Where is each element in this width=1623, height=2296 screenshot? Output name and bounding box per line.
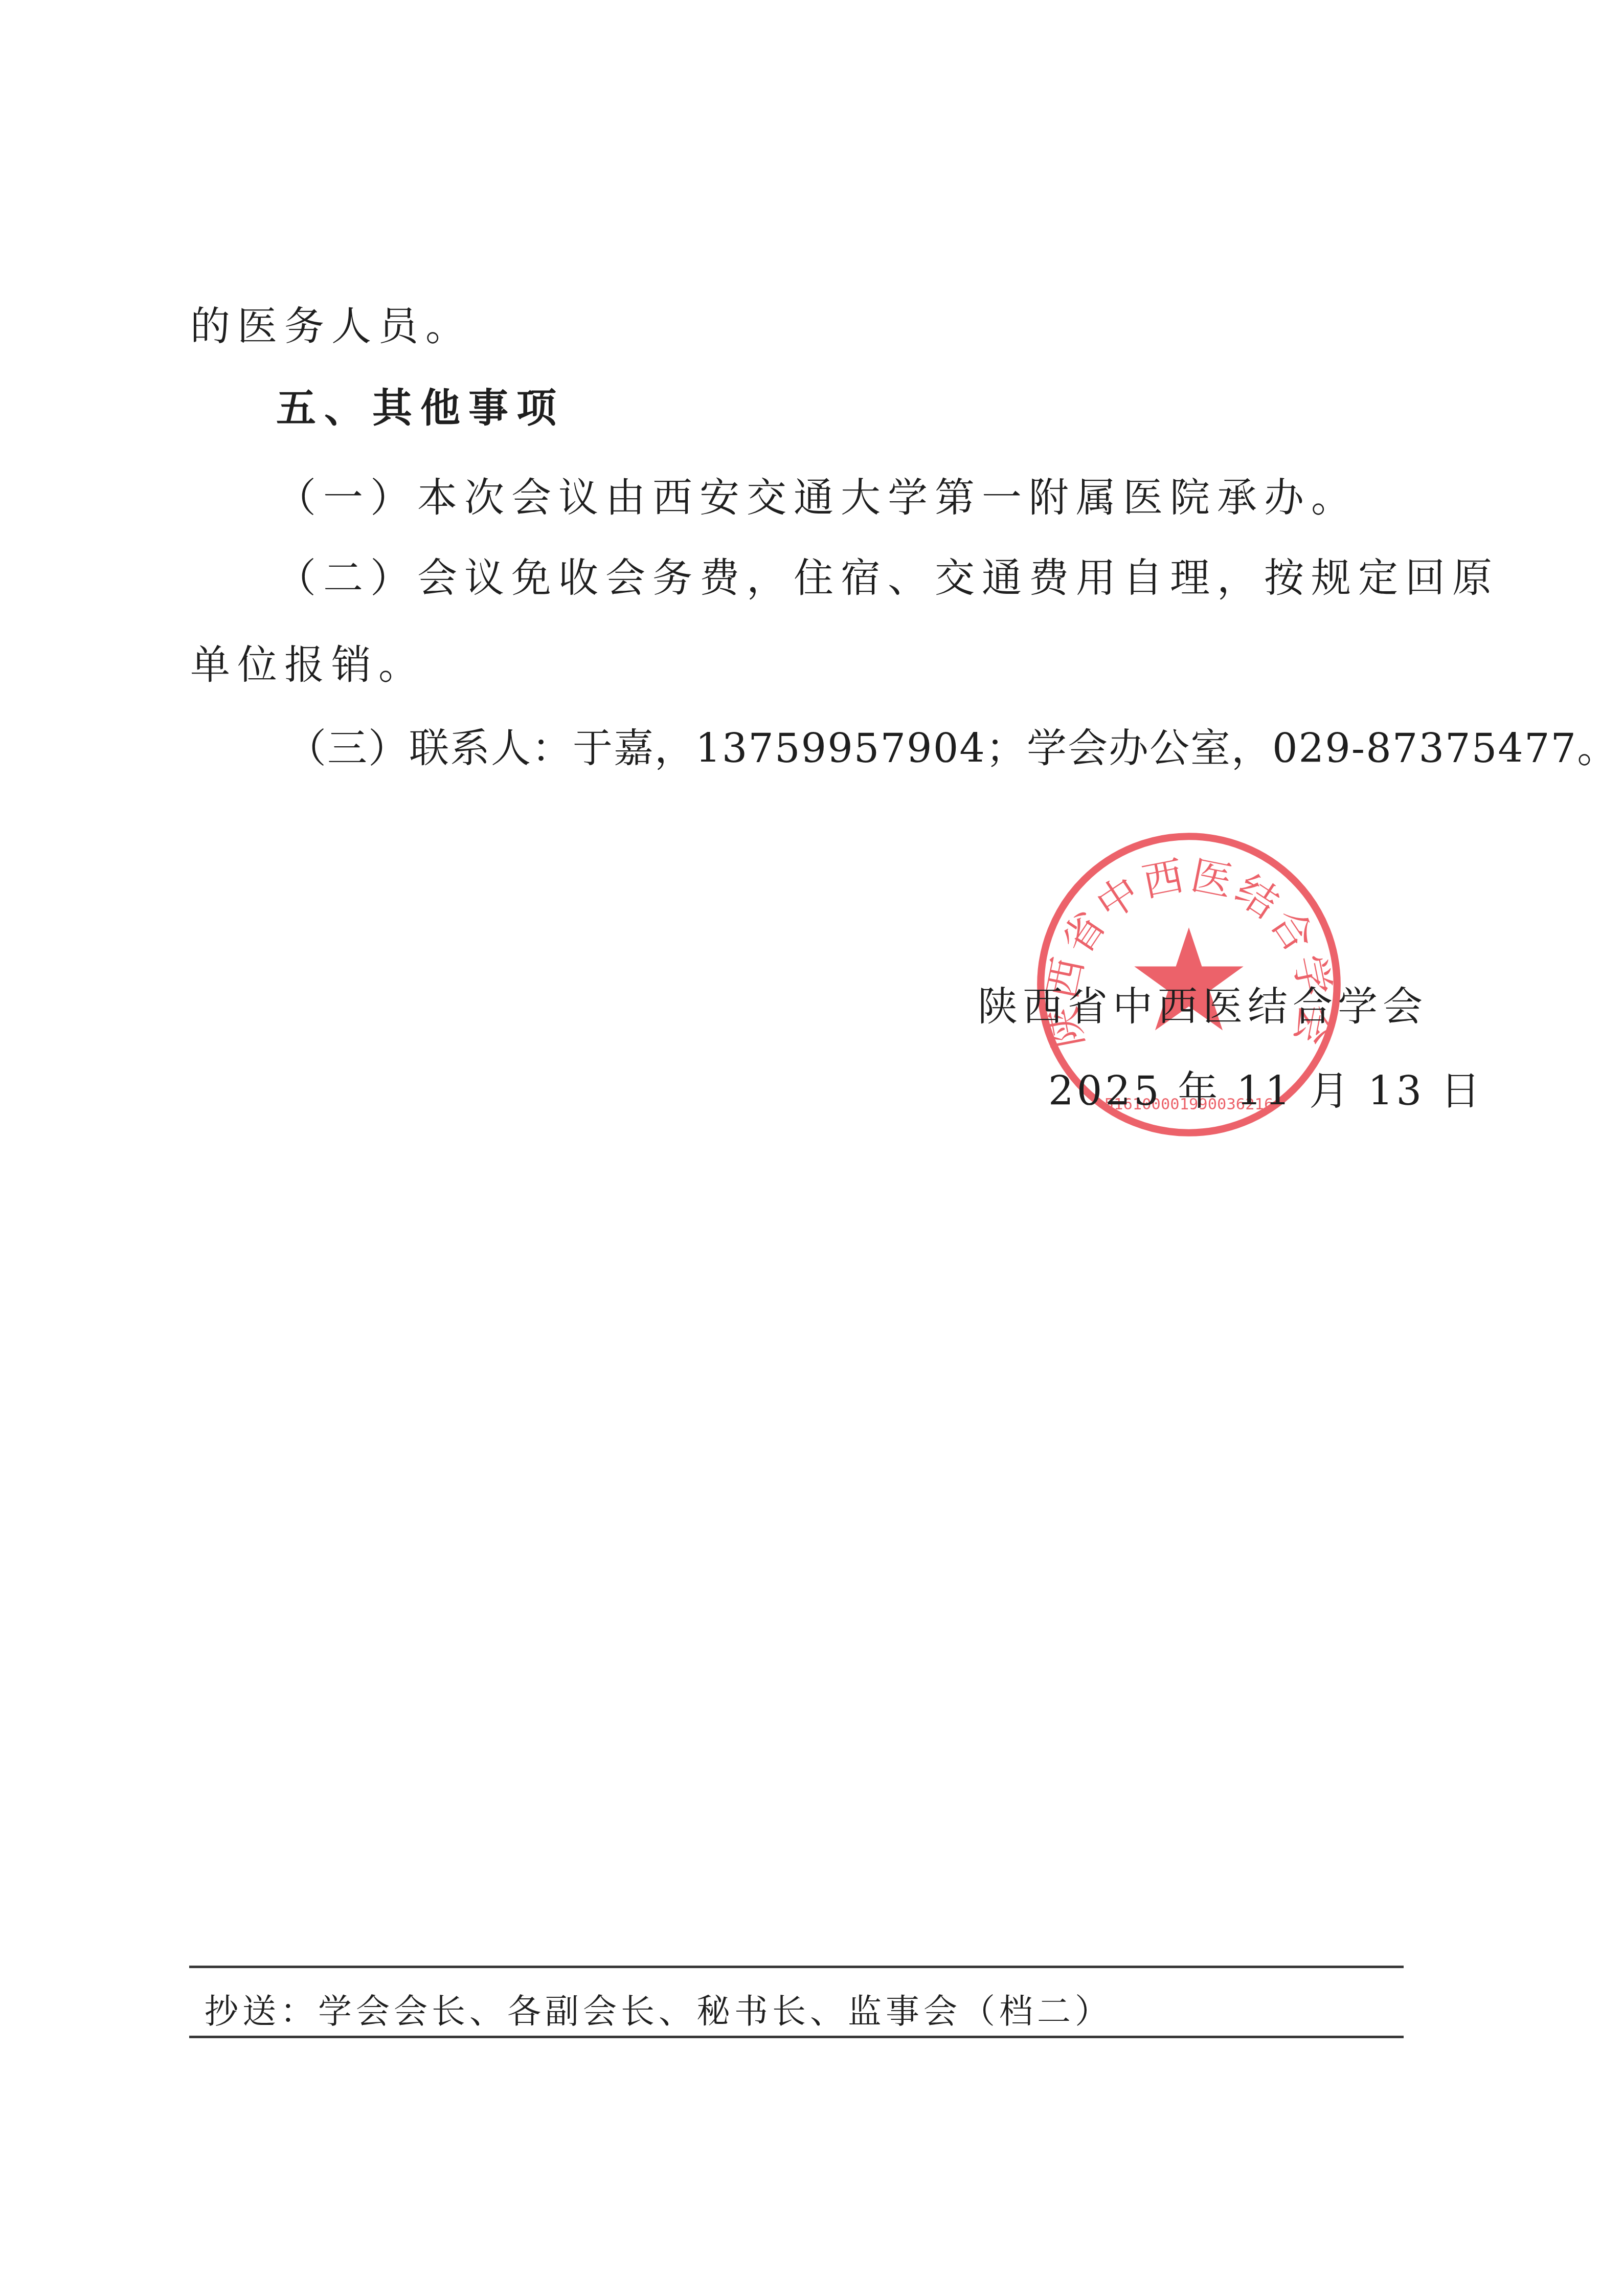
item-2-text: 会议免收会务费，住宿、交通费用自理，按规定回原 [417, 555, 1499, 601]
cc-bottom-rule [189, 2036, 1404, 2038]
item-1-text: 本次会议由西安交通大学第一附属医院承办。 [417, 475, 1358, 521]
continuation-line: 的医务人员。 [190, 307, 472, 347]
item-3-label: （三） [286, 726, 409, 772]
cc-top-rule [189, 1966, 1404, 1968]
cc-line: 抄送：学会会长、各副会长、秘书长、监事会（档二） [205, 1995, 1113, 2028]
signature-organization: 陕西省中西医结合学会 [978, 987, 1428, 1027]
cc-recipients: 学会会长、各副会长、秘书长、监事会（档二） [318, 1992, 1113, 2031]
section-heading: 五、其他事项 [276, 389, 565, 429]
item-3: （三）联系人：于嘉，13759957904；学会办公室，029-87375477… [286, 729, 1618, 769]
item-1-label: （一） [276, 475, 417, 521]
item-1: （一）本次会议由西安交通大学第一附属医院承办。 [276, 478, 1358, 518]
item-3-text: 联系人：于嘉，13759957904；学会办公室，029-87375477。 [409, 726, 1618, 772]
item-2-continuation: 单位报销。 [190, 645, 425, 685]
signature-date: 2025 年 11 月 13 日 [1048, 1072, 1483, 1111]
item-2: （二）会议免收会务费，住宿、交通费用自理，按规定回原 [276, 559, 1499, 598]
item-2-label: （二） [276, 555, 417, 601]
cc-label: 抄送： [205, 1992, 318, 2031]
